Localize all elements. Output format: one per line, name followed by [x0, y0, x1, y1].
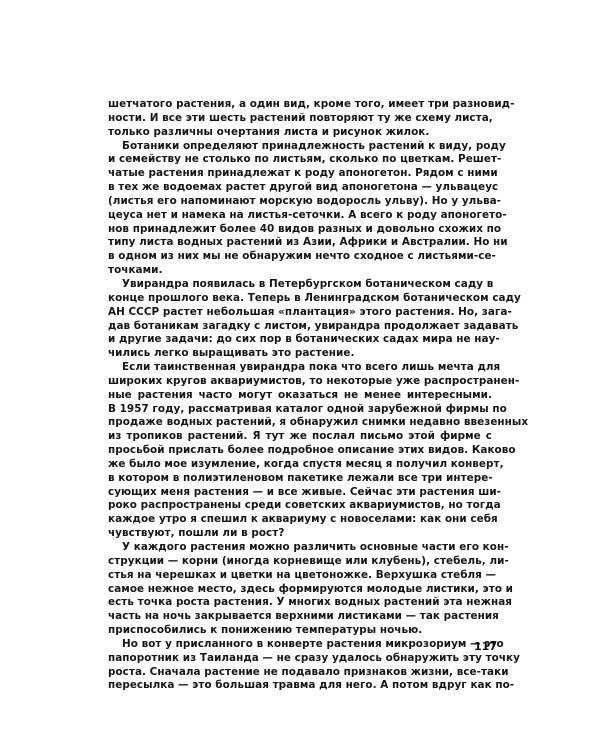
text-line: только различны очертания листа и рисуно… [108, 126, 492, 140]
text-line: же было мое изумление, когда спустя меся… [108, 458, 492, 472]
text-line: пересылка — это большая травма для него.… [108, 679, 492, 693]
text-line: ные растения часто могут оказаться не ме… [108, 389, 492, 403]
paragraph: У каждого растения можно различить основ… [108, 541, 492, 638]
paragraph: Если таинственная увирандра пока что все… [108, 361, 492, 541]
text-line: струкции — корни (иногда корневище или к… [108, 555, 492, 569]
text-line: чатые растения принадлежат к роду апоног… [108, 167, 492, 181]
text-line: папоротник из Таиланда — не сразу удалос… [108, 652, 492, 666]
text-line: самое нежное место, здесь формируются мо… [108, 583, 492, 597]
text-line: в тех же водоемах растет другой вид апон… [108, 181, 492, 195]
text-line: ности. И все эти шесть растений повторяю… [108, 112, 492, 126]
text-line: роко распространены среди советских аква… [108, 499, 492, 513]
paragraph: Ботаники определяют принадлежность расте… [108, 140, 492, 278]
text-line: в одном из них мы не обнаружим нечто схо… [108, 250, 492, 264]
text-line: точками. [108, 264, 492, 278]
paragraph: шетчатого растения, а один вид, кроме то… [108, 98, 492, 140]
page-number: 117 [474, 640, 497, 653]
paragraph: Но вот у присланного в конверте растения… [108, 638, 492, 693]
text-line: (листья его напоминают морскую водоросль… [108, 195, 492, 209]
text-line: цеуса нет и намека на листья-сеточки. А … [108, 209, 492, 223]
text-line: приспособились к понижению температуры н… [108, 624, 492, 638]
text-line: и другие задачи: до сих пор в ботаническ… [108, 333, 492, 347]
text-line: Если таинственная увирандра пока что все… [108, 361, 492, 375]
text-line: сующих меня растения — и все живые. Сейч… [108, 486, 492, 500]
text-line: чувствуют, пошли ли в рост? [108, 527, 492, 541]
text-line: Ботаники определяют принадлежность расте… [108, 140, 492, 154]
text-line: Увирандра появилась в Петербургском бота… [108, 278, 492, 292]
text-line: часть на ночь закрывается верхними листи… [108, 610, 492, 624]
text-line: продаже водных растений, я обнаружил сни… [108, 416, 492, 430]
text-line: АН СССР растет небольшая «плантация» это… [108, 306, 492, 320]
text-line: есть точка роста растения. У многих водн… [108, 596, 492, 610]
text-line: Но вот у присланного в конверте растения… [108, 638, 492, 652]
text-line: в котором в полиэтиленовом пакетике лежа… [108, 472, 492, 486]
text-line: типу листа водных растений из Азии, Афри… [108, 236, 492, 250]
text-line: В 1957 году, рассматривая каталог одной … [108, 403, 492, 417]
text-line: широких кругов аквариумистов, то некотор… [108, 375, 492, 389]
body-text: шетчатого растения, а один вид, кроме то… [108, 98, 492, 693]
text-line: шетчатого растения, а один вид, кроме то… [108, 98, 492, 112]
text-line: У каждого растения можно различить основ… [108, 541, 492, 555]
text-line: каждое утро я спешил к аквариуму с новос… [108, 513, 492, 527]
text-line: конце прошлого века. Теперь в Ленинградс… [108, 292, 492, 306]
text-line: из тропиков растений. Я тут же послал пи… [108, 430, 492, 444]
text-line: стья на черешках и цветки на цветоножке.… [108, 569, 492, 583]
text-line: просьбой прислать более подробное описан… [108, 444, 492, 458]
text-line: дав ботаникам загадку с листом, увирандр… [108, 320, 492, 334]
paragraph: Увирандра появилась в Петербургском бота… [108, 278, 492, 361]
text-line: и семейству не столько по листьям, сколь… [108, 153, 492, 167]
text-line: чились легко выращивать это растение. [108, 347, 492, 361]
text-line: роста. Сначала растение не подавало приз… [108, 666, 492, 680]
book-page: шетчатого растения, а один вид, кроме то… [0, 0, 600, 751]
text-line: нов принадлежит более 40 видов разных и … [108, 223, 492, 237]
